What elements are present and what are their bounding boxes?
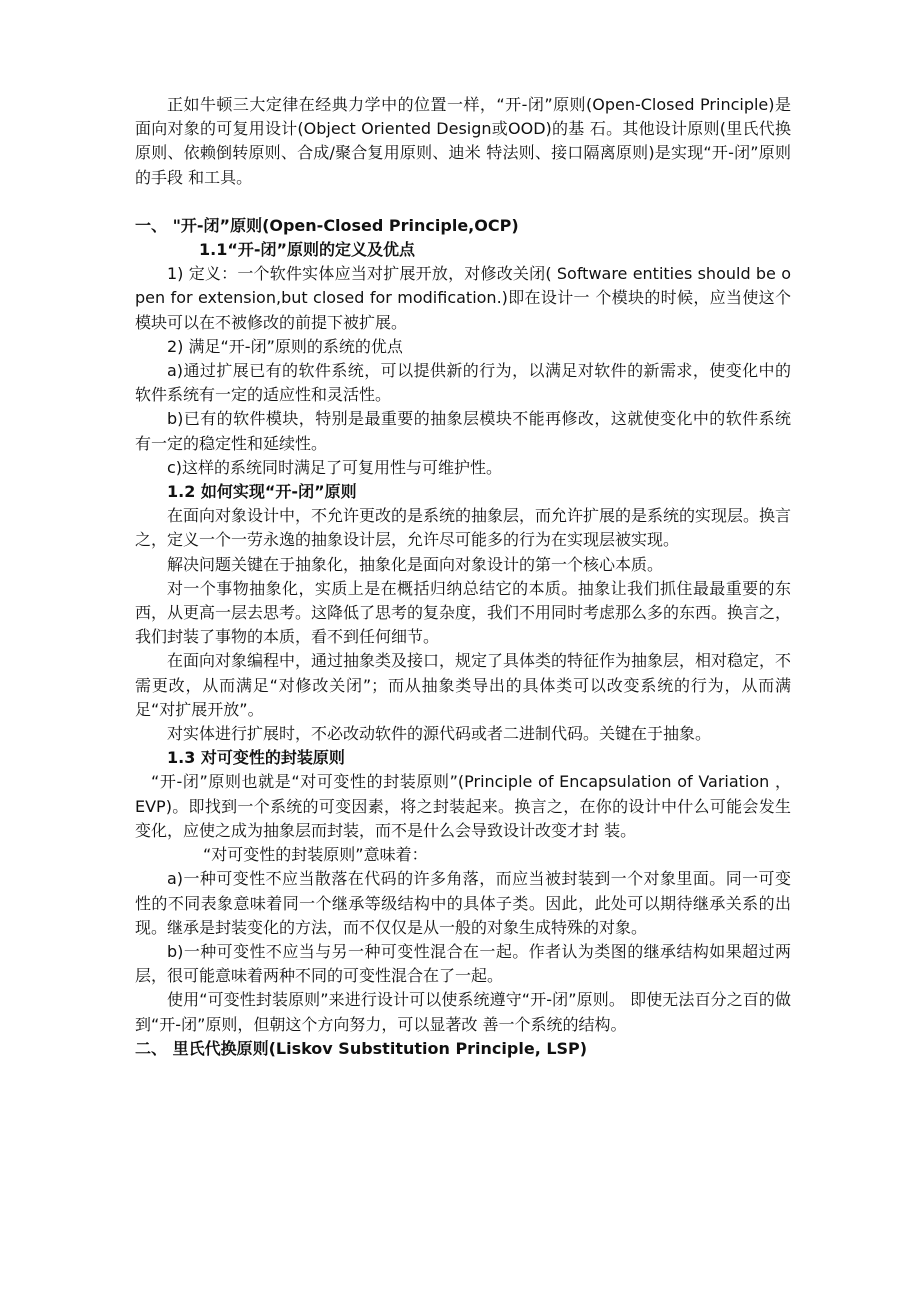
advantage-c: c)这样的系统同时满足了可复用性与可维护性。 — [135, 456, 791, 480]
intro-paragraph: 正如牛顿三大定律在经典力学中的位置一样，“开-闭”原则(Open-Closed … — [135, 93, 791, 190]
advantages-heading: 2) 满足“开-闭”原则的系统的优点 — [135, 335, 791, 359]
evp-point-b: b)一种可变性不应当与另一种可变性混合在一起。作者认为类图的继承结构如果超过两层… — [135, 940, 791, 988]
section-1-heading: 一、 "开-闭”原则(Open-Closed Principle,OCP) — [135, 214, 791, 238]
evp-meaning-heading: “对可变性的封装原则”意味着： — [135, 843, 791, 867]
paragraph: 在面向对象设计中，不允许更改的是系统的抽象层，而允许扩展的是系统的实现层。换言之… — [135, 504, 791, 552]
evp-point-a: a)一种可变性不应当散落在代码的许多角落，而应当被封装到一个对象里面。同一可变性… — [135, 867, 791, 940]
subsection-1-2-heading: 1.2 如何实现“开-闭”原则 — [135, 480, 791, 504]
paragraph: 在面向对象编程中，通过抽象类及接口，规定了具体类的特征作为抽象层，相对稳定，不需… — [135, 649, 791, 722]
section-2-heading: 二、 里氏代换原则(Liskov Substitution Principle,… — [135, 1037, 791, 1061]
definition-paragraph: 1) 定义：一个软件实体应当对扩展开放，对修改关闭( Software enti… — [135, 262, 791, 335]
advantage-a: a)通过扩展已有的软件系统，可以提供新的行为，以满足对软件的新需求，使变化中的软… — [135, 359, 791, 407]
paragraph: 对实体进行扩展时，不必改动软件的源代码或者二进制代码。关键在于抽象。 — [135, 722, 791, 746]
subsection-1-1-heading: 1.1“开-闭”原则的定义及优点 — [135, 238, 791, 262]
advantage-b: b)已有的软件模块，特别是最重要的抽象层模块不能再修改，这就使变化中的软件系统有… — [135, 407, 791, 455]
spacer — [135, 190, 791, 214]
paragraph: 对一个事物抽象化，实质上是在概括归纳总结它的本质。抽象让我们抓住最最重要的东西，… — [135, 577, 791, 650]
evp-intro-paragraph: “开-闭”原则也就是“对可变性的封装原则”(Principle of Encap… — [135, 770, 791, 843]
paragraph: 解决问题关键在于抽象化，抽象化是面向对象设计的第一个核心本质。 — [135, 553, 791, 577]
subsection-1-3-heading: 1.3 对可变性的封装原则 — [135, 746, 791, 770]
document-page: 正如牛顿三大定律在经典力学中的位置一样，“开-闭”原则(Open-Closed … — [135, 93, 791, 1061]
evp-conclusion: 使用“可变性封装原则”来进行设计可以使系统遵守“开-闭”原则。 即使无法百分之百… — [135, 988, 791, 1036]
